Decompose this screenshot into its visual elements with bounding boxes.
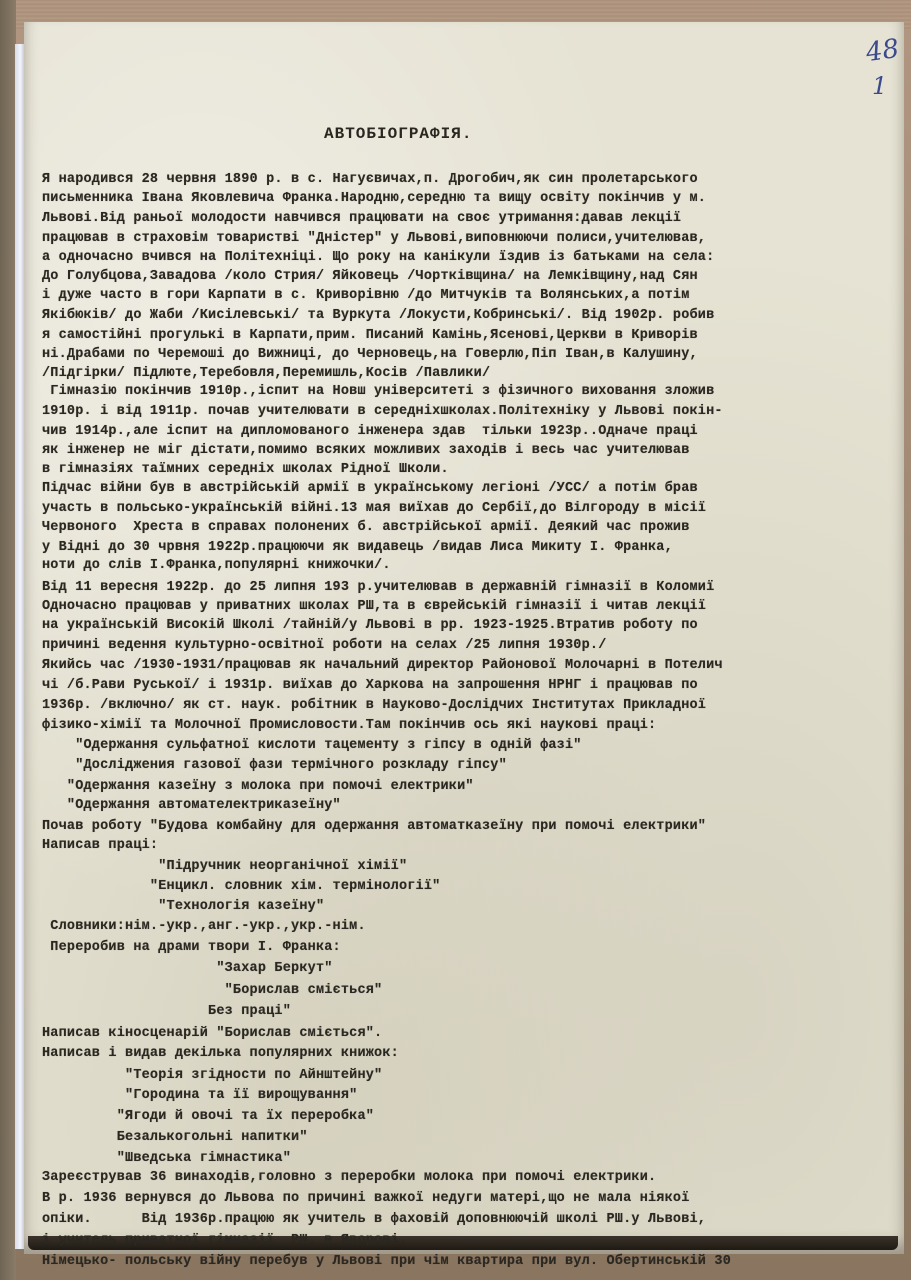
typed-line: Написав кіносценарій "Борислав сміється"… — [42, 1026, 382, 1041]
typed-line: письменника Івана Яковлевича Франка.Наро… — [42, 191, 706, 206]
typed-line: Одночасно працював у приватних школах РШ… — [42, 599, 706, 614]
typed-line: "Одержання казеїну з молока при помочі е… — [42, 779, 474, 794]
typed-line: "Борислав сміється" — [42, 983, 382, 998]
typed-line: ні.Драбами по Черемоші до Вижниці, до Че… — [42, 347, 698, 362]
typed-line: і дуже часто в гори Карпати в с. Криворі… — [42, 288, 690, 303]
folio-number: 48 — [864, 34, 901, 68]
typed-line: і учитель приватної гімназії РШ. в Яворо… — [42, 1233, 407, 1248]
typed-line: Львові.Від раньої молодости навчився пра… — [42, 211, 681, 226]
typed-line: "Одержання сульфатної кислоти тацементу … — [42, 738, 582, 753]
typed-line: Написав праці: — [42, 838, 158, 853]
typed-line: 1936р. /включно/ як ст. наук. робітник в… — [42, 698, 706, 713]
typed-line: чі /б.Рави Руської/ і 1931р. виїхав до Х… — [42, 678, 698, 693]
typed-line: опіки. Від 1936р.працюю як учитель в фах… — [42, 1212, 706, 1227]
typed-line: я самостійні прогулькі в Карпати,прим. П… — [42, 328, 698, 343]
typed-line: участь в польсько-українській війні.13 м… — [42, 501, 706, 516]
binding-strip — [15, 44, 24, 1249]
typed-line: а одночасно вчився на Політехніці. Що ро… — [42, 250, 714, 265]
typed-line: "Одержання автомателектриказеїну" — [42, 798, 341, 813]
typed-line: "Шведська гімнастика" — [42, 1151, 291, 1166]
typed-line: як інженер не міг дістати,помимо всяких … — [42, 443, 690, 458]
typed-line: фізико-хімії та Молочної Промисловости.Т… — [42, 718, 656, 733]
page-number: 1 — [872, 72, 887, 100]
typed-line: Я народився 28 червня 1890 р. в с. Нагує… — [42, 172, 698, 187]
typed-line: "Ягоди й овочі та їх переробка" — [42, 1109, 374, 1124]
typed-line: працював в страховім товаристві "Дністер… — [42, 231, 706, 246]
typed-line: Без праці" — [42, 1004, 291, 1019]
typed-line: на українській Високій Школі /тайній/у Л… — [42, 618, 698, 633]
typed-line: "Досліджения газової фази термічного роз… — [42, 758, 507, 773]
typed-line: В р. 1936 вернувся до Львова по причині … — [42, 1191, 690, 1206]
typed-line: /Підгірки/ Підлюте,Теребовля,Перемишль,К… — [42, 366, 490, 381]
typed-line: Безалькогольні напитки" — [42, 1130, 308, 1145]
typed-line: Підчас війни був в австрійській армії в … — [42, 481, 698, 496]
typed-line: Почав роботу "Будова комбайну для одержа… — [42, 819, 706, 834]
typed-line: "Технологія казеїну" — [42, 899, 324, 914]
typed-line: "Теорія згідности по Айнштейну" — [42, 1068, 382, 1083]
typed-line: у Відні до 30 чрвня 1922р.працюючи як ви… — [42, 540, 673, 555]
typed-line: Написав і видав декілька популярних книж… — [42, 1046, 399, 1061]
typed-line: Зареєстрував 36 винаходів,головно з пере… — [42, 1170, 656, 1185]
typed-line: "Енцикл. словник хім. термінології" — [42, 879, 440, 894]
typed-line: Гімназію покінчив 1910р.,іспит на Новш у… — [42, 384, 714, 399]
typed-line: До Голубцова,Завадова /коло Стрия/ Яйков… — [42, 269, 698, 284]
typed-line: Словники:нім.-укр.,анг.-укр.,укр.-нім. — [42, 919, 366, 934]
typed-line: Якібюків/ до Жаби /Кисілевські/ та Вурку… — [42, 308, 714, 323]
typed-line: Червоного Хреста в справах полонених б. … — [42, 520, 690, 535]
typed-line: "Захар Беркут" — [42, 961, 333, 976]
typed-line: Якийсь час /1930-1931/працював як началь… — [42, 658, 723, 673]
typed-line: Німецько- польську війну перебув у Львов… — [42, 1254, 731, 1269]
typed-line: причині ведення культурно-освітної робот… — [42, 638, 607, 653]
typed-line: "Городина та її вирощування" — [42, 1088, 357, 1103]
typed-line: чив 1914р.,але іспит на дипломованого ін… — [42, 424, 698, 439]
typed-line: "Підручник неорганічної хімії" — [42, 859, 407, 874]
document-title: АВТОБІОГРАФІЯ. — [324, 125, 472, 143]
typed-line: в гімназіях таїмних середніх школах Рідн… — [42, 462, 449, 477]
typed-line: Від 11 вересня 1922р. до 25 липня 193 р.… — [42, 580, 714, 595]
typed-line: Переробив на драми твори І. Франка: — [42, 940, 341, 955]
typed-line: ноти до слів І.Франка,популярні книжочки… — [42, 558, 391, 573]
folder-cardboard-left — [0, 0, 16, 1280]
typed-line: 1910р. і від 1911р. почав учителювати в … — [42, 404, 723, 419]
